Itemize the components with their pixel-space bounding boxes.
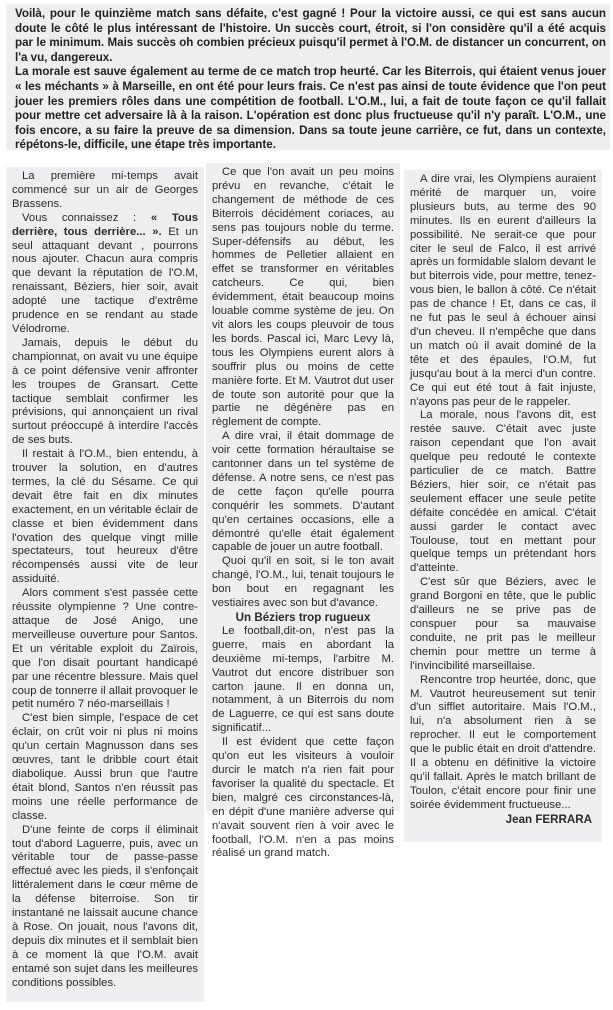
column3-paragraph-2: La morale, nous l'avons dit, est restée … bbox=[410, 409, 596, 576]
column2-paragraph-2: A dire vrai, il était dommage de voir ce… bbox=[212, 430, 394, 555]
column1-paragraph-1: La première mi-temps avait commencé sur … bbox=[12, 170, 198, 212]
intro-panel: Voilà, pour le quinzième match sans défa… bbox=[6, 4, 610, 150]
column1-paragraph-5: Alors comment s'est passée cette réussit… bbox=[12, 587, 198, 712]
column2-paragraph-3: Quoi qu'il en soit, si le ton avait chan… bbox=[212, 555, 394, 611]
column2-paragraph-5: Il est évident que cette façon qu'on eut… bbox=[212, 736, 394, 861]
article-column-2: Ce que l'on avait un peu moins prévu en … bbox=[206, 163, 400, 811]
column1-paragraph-7: D'une feinte de corps il éliminait tout … bbox=[12, 824, 198, 991]
section-subheading: Un Béziers trop rugueux bbox=[212, 611, 394, 625]
column1-paragraph-3: Jamais, depuis le début du championnat, … bbox=[12, 337, 198, 448]
column1-p2-rest: Et un seul attaquant devant , pourrons n… bbox=[12, 226, 198, 335]
column2-paragraph-4: Le football,dit-on, n'est pas la guerre,… bbox=[212, 625, 394, 736]
column2-paragraph-1: Ce que l'on avait un peu moins prévu en … bbox=[212, 166, 394, 430]
column3-paragraph-4: Rencontre trop heurtée, donc, que M. Vau… bbox=[410, 674, 596, 813]
article-column-3: A dire vrai, les Olympiens auraient méri… bbox=[404, 170, 602, 842]
author-signature: Jean FERRARA bbox=[410, 813, 596, 827]
column1-paragraph-6: C'est bien simple, l'espace de cet éclai… bbox=[12, 712, 198, 823]
article-column-1: La première mi-temps avait commencé sur … bbox=[6, 167, 204, 1002]
intro-paragraph-2: La morale est sauve également au terme d… bbox=[15, 65, 606, 153]
column1-paragraph-4: Il restait à l'O.M., bien entendu, à tro… bbox=[12, 448, 198, 587]
column1-paragraph-2: Vous connaissez : « Tous derrière, tous … bbox=[12, 212, 198, 337]
column3-paragraph-1: A dire vrai, les Olympiens auraient méri… bbox=[410, 173, 596, 409]
intro-paragraph-1: Voilà, pour le quinzième match sans défa… bbox=[15, 7, 606, 65]
column3-paragraph-3: C'est sûr que Béziers, avec le grand Bor… bbox=[410, 576, 596, 673]
column1-p2-prefix: Vous connaissez : bbox=[22, 212, 151, 224]
